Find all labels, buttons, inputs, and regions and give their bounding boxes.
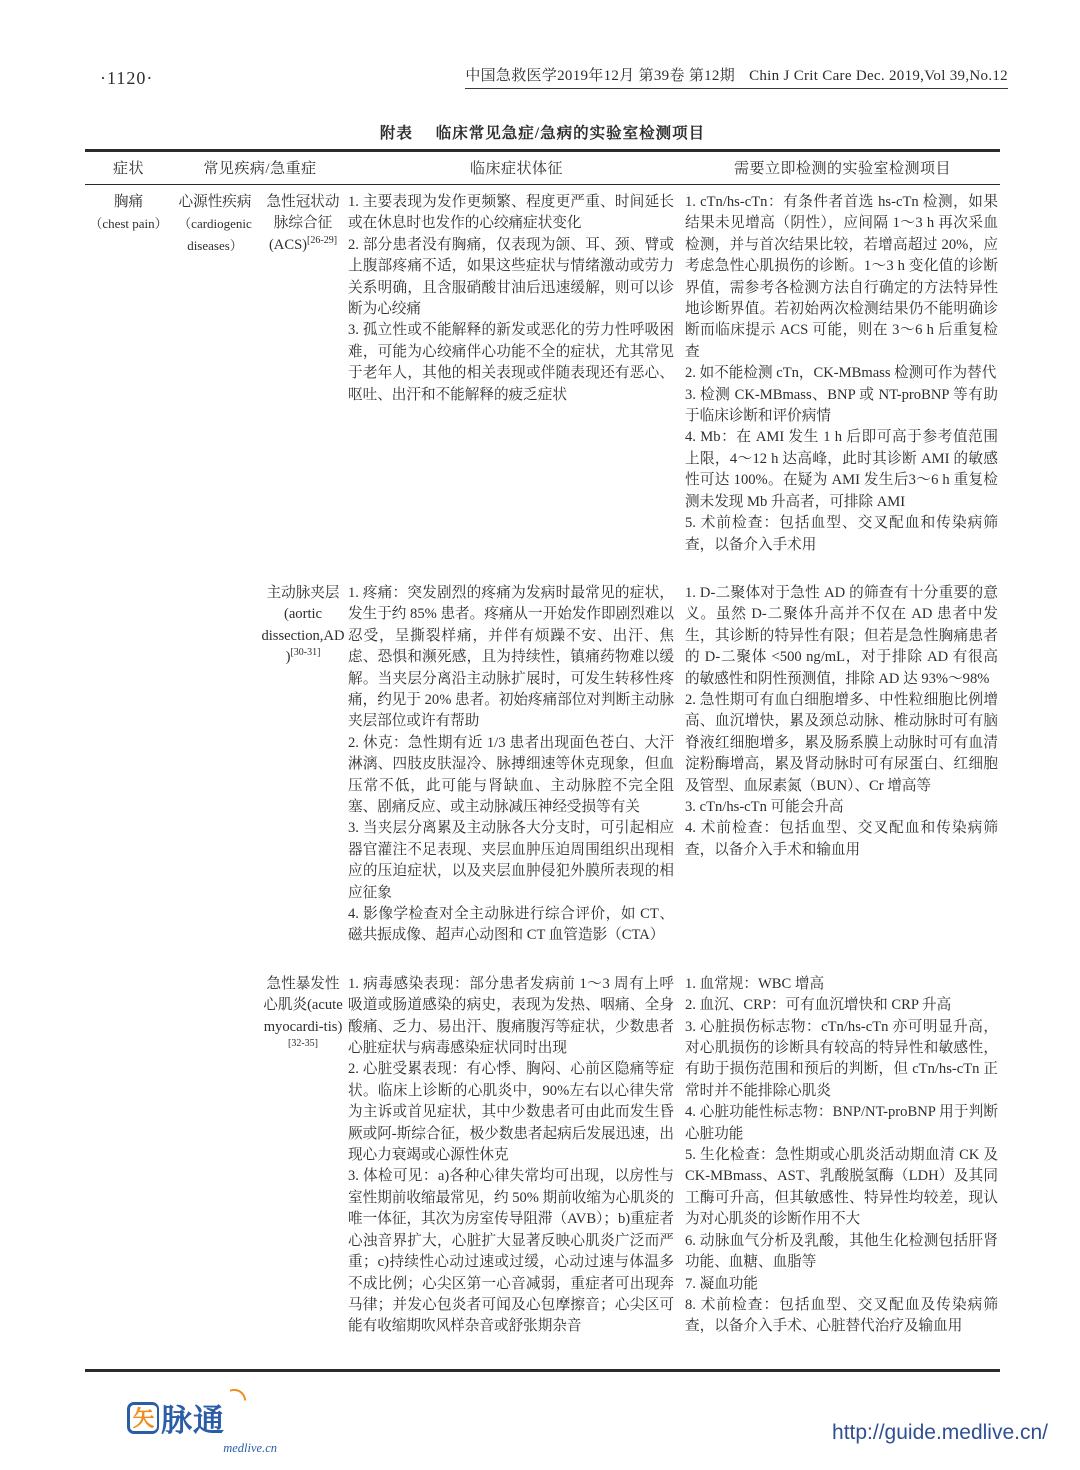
medlive-logo-box-icon: 矢: [127, 1402, 159, 1434]
test-item: 2. 如不能检测 cTn，CK-MBmass 检测可作为替代: [685, 363, 998, 384]
disease-group-cell: 心源性疾病 （cardiogenic diseases）: [172, 192, 258, 556]
appendix-table: 症状 常见疾病/急重症 临床症状体征 需要立即检测的实验室检测项目 胸痛 （ch…: [85, 149, 1000, 1372]
table-caption-label: 附表: [380, 125, 413, 142]
condition-cell: 主动脉夹层(aortic dissection,AD)[30-31]: [258, 583, 348, 947]
clinical-item: 2. 休克：急性期有近 1/3 患者出现面色苍白、大汗淋漓、四肢皮肤湿冷、脉搏细…: [348, 733, 674, 819]
test-item: 2. 血沉、CRP：可有血沉增快和 CRP 升高: [685, 995, 998, 1016]
condition-name: 急性暴发性心肌炎(acute myocardi-tis): [263, 976, 342, 1035]
symptom-cell-empty: [85, 583, 172, 947]
clinical-cell: 1. 病毒感染表现：部分患者发病前 1～3 周有上呼吸道或肠道感染的病史，表现为…: [348, 974, 685, 1338]
clinical-cell: 1. 主要表现为发作更频繁、程度更严重、时间延长或在休息时也发作的心绞痛症状变化…: [348, 192, 685, 556]
test-item: 3. 检测 CK-MBmass、BNP 或 NT-proBNP 等有助于临床诊断…: [685, 385, 998, 428]
test-item: 5. 生化检查：急性期或心肌炎活动期血清 CK 及 CK-MBmass、AST、…: [685, 1145, 998, 1231]
table-row-ad: 主动脉夹层(aortic dissection,AD)[30-31] 1. 疼痛…: [85, 583, 1000, 947]
table-caption: 附表 临床常见急症/急病的实验室检测项目: [85, 121, 1000, 143]
test-item: 4. 术前检查：包括血型、交叉配血和传染病筛查，以备介入手术和输血用: [685, 818, 998, 861]
antenna-icon: [230, 1387, 247, 1404]
test-item: 3. 心脏损伤标志物：cTn/hs-cTn 亦可明显升高，对心肌损伤的诊断具有较…: [685, 1017, 998, 1103]
clinical-item: 3. 体检可见：a)各种心律失常均可出现，以房性与室性期前收缩最常见，约 50%…: [348, 1166, 674, 1337]
column-header-tests: 需要立即检测的实验室检测项目: [685, 157, 1000, 178]
test-item: 1. D-二聚体对于急性 AD 的筛查有十分重要的意义。虽然 D-二聚体升高并不…: [685, 583, 998, 690]
test-item: 2. 急性期可有血白细胞增多、中性粒细胞比例增高、血沉增快，累及颈总动脉、椎动脉…: [685, 690, 998, 797]
clinical-item: 4. 影像学检查对全主动脉进行综合评价，如 CT、磁共振成像、超声心动图和 CT…: [348, 904, 674, 947]
page-number: ·1120·: [100, 68, 153, 89]
test-item: 6. 动脉血气分析及乳酸，其他生化检测包括肝肾功能、血糖、血脂等: [685, 1231, 998, 1274]
column-header-symptom: 症状: [85, 157, 172, 178]
column-header-clinical: 临床症状体征: [348, 157, 685, 178]
symptom-name-en: （chest pain）: [87, 213, 170, 234]
medlive-logo-text: 脉通: [161, 1395, 225, 1440]
guide-url-link[interactable]: http://guide.medlive.cn/: [832, 1421, 1048, 1445]
table-row-myocarditis: 急性暴发性心肌炎(acute myocardi-tis)[32-35] 1. 病…: [85, 974, 1000, 1338]
clinical-item: 3. 当夹层分离累及主动脉各大分支时，可引起相应器官灌注不足表现、夹层血肿压迫周…: [348, 818, 674, 904]
table-header-row: 症状 常见疾病/急重症 临床症状体征 需要立即检测的实验室检测项目: [85, 152, 1000, 185]
symptom-cell: 胸痛 （chest pain）: [85, 192, 172, 556]
medlive-logo-yi-glyph: 矢: [132, 1402, 154, 1433]
disease-group-cell-empty: [172, 974, 258, 1338]
column-header-disease: 常见疾病/急重症: [172, 157, 348, 178]
disease-group-name-en: （cardiogenic diseases）: [174, 213, 256, 256]
journal-citation: 中国急救医学2019年12月 第39卷 第12期 Chin J Crit Car…: [465, 64, 1008, 89]
reference-marker: [30-31]: [290, 647, 320, 658]
table-row-acs: 胸痛 （chest pain） 心源性疾病 （cardiogenic disea…: [85, 192, 1000, 556]
clinical-item: 3. 孤立性或不能解释的新发或恶化的劳力性呼吸困难，可能为心绞痛伴心功能不全的症…: [348, 320, 674, 406]
tests-cell: 1. D-二聚体对于急性 AD 的筛查有十分重要的意义。虽然 D-二聚体升高并不…: [685, 583, 1000, 947]
clinical-item: 1. 疼痛：突发剧烈的疼痛为发病时最常见的症状，发生于约 85% 患者。疼痛从一…: [348, 583, 674, 733]
medlive-logo-wordmark: 矢 脉通: [127, 1395, 277, 1440]
disease-group-name: 心源性疾病: [174, 192, 256, 213]
table-caption-text: 临床常见急症/急病的实验室检测项目: [436, 125, 705, 142]
clinical-item: 2. 心脏受累表现：有心悸、胸闷、心前区隐痛等症状。临床上诊断的心肌炎中，90%…: [348, 1059, 674, 1166]
test-item: 8. 术前检查：包括血型、交叉配血及传染病筛查，以备介入手术、心脏替代治疗及输血…: [685, 1295, 998, 1338]
tests-cell: 1. cTn/hs-cTn：有条件者首选 hs-cTn 检测，如果结果未见增高（…: [685, 192, 1000, 556]
symptom-name: 胸痛: [87, 192, 170, 213]
test-item: 3. cTn/hs-cTn 可能会升高: [685, 797, 998, 818]
medlive-logo: 矢 脉通 medlive.cn: [127, 1395, 277, 1456]
test-item: 4. 心脏功能性标志物：BNP/NT-proBNP 用于判断心脏功能: [685, 1102, 998, 1145]
test-item: 7. 凝血功能: [685, 1274, 998, 1295]
reference-marker: [32-35]: [288, 1038, 318, 1049]
journal-citation-en: Chin J Crit Care Dec. 2019,Vol 39,No.12: [749, 68, 1008, 84]
clinical-item: 1. 病毒感染表现：部分患者发病前 1～3 周有上呼吸道或肠道感染的病史，表现为…: [348, 974, 674, 1060]
medlive-logo-domain: medlive.cn: [127, 1441, 277, 1456]
clinical-item: 1. 主要表现为发作更频繁、程度更严重、时间延长或在休息时也发作的心绞痛症状变化: [348, 192, 674, 235]
journal-citation-cn: 中国急救医学2019年12月 第39卷 第12期: [465, 68, 735, 84]
condition-cell: 急性暴发性心肌炎(acute myocardi-tis)[32-35]: [258, 974, 348, 1338]
reference-marker: [26-29]: [307, 235, 337, 246]
table-body: 胸痛 （chest pain） 心源性疾病 （cardiogenic disea…: [85, 185, 1000, 1354]
symptom-cell-empty: [85, 974, 172, 1338]
running-head: ·1120· 中国急救医学2019年12月 第39卷 第12期 Chin J C…: [100, 64, 1008, 89]
journal-page: ·1120· 中国急救医学2019年12月 第39卷 第12期 Chin J C…: [0, 0, 1080, 1470]
tests-cell: 1. 血常规：WBC 增高 2. 血沉、CRP：可有血沉增快和 CRP 升高 3…: [685, 974, 1000, 1338]
test-item: 5. 术前检查：包括血型、交叉配血和传染病筛查，以备介入手术用: [685, 513, 998, 556]
test-item: 4. Mb：在 AMI 发生 1 h 后即可高于参考值范围上限，4～12 h 达…: [685, 427, 998, 513]
clinical-cell: 1. 疼痛：突发剧烈的疼痛为发病时最常见的症状，发生于约 85% 患者。疼痛从一…: [348, 583, 685, 947]
condition-cell: 急性冠状动脉综合征(ACS)[26-29]: [258, 192, 348, 556]
test-item: 1. 血常规：WBC 增高: [685, 974, 998, 995]
clinical-item: 2. 部分患者没有胸痛，仅表现为颌、耳、颈、臂或上腹部疼痛不适，如果这些症状与情…: [348, 235, 674, 321]
test-item: 1. cTn/hs-cTn：有条件者首选 hs-cTn 检测，如果结果未见增高（…: [685, 192, 998, 363]
disease-group-cell-empty: [172, 583, 258, 947]
